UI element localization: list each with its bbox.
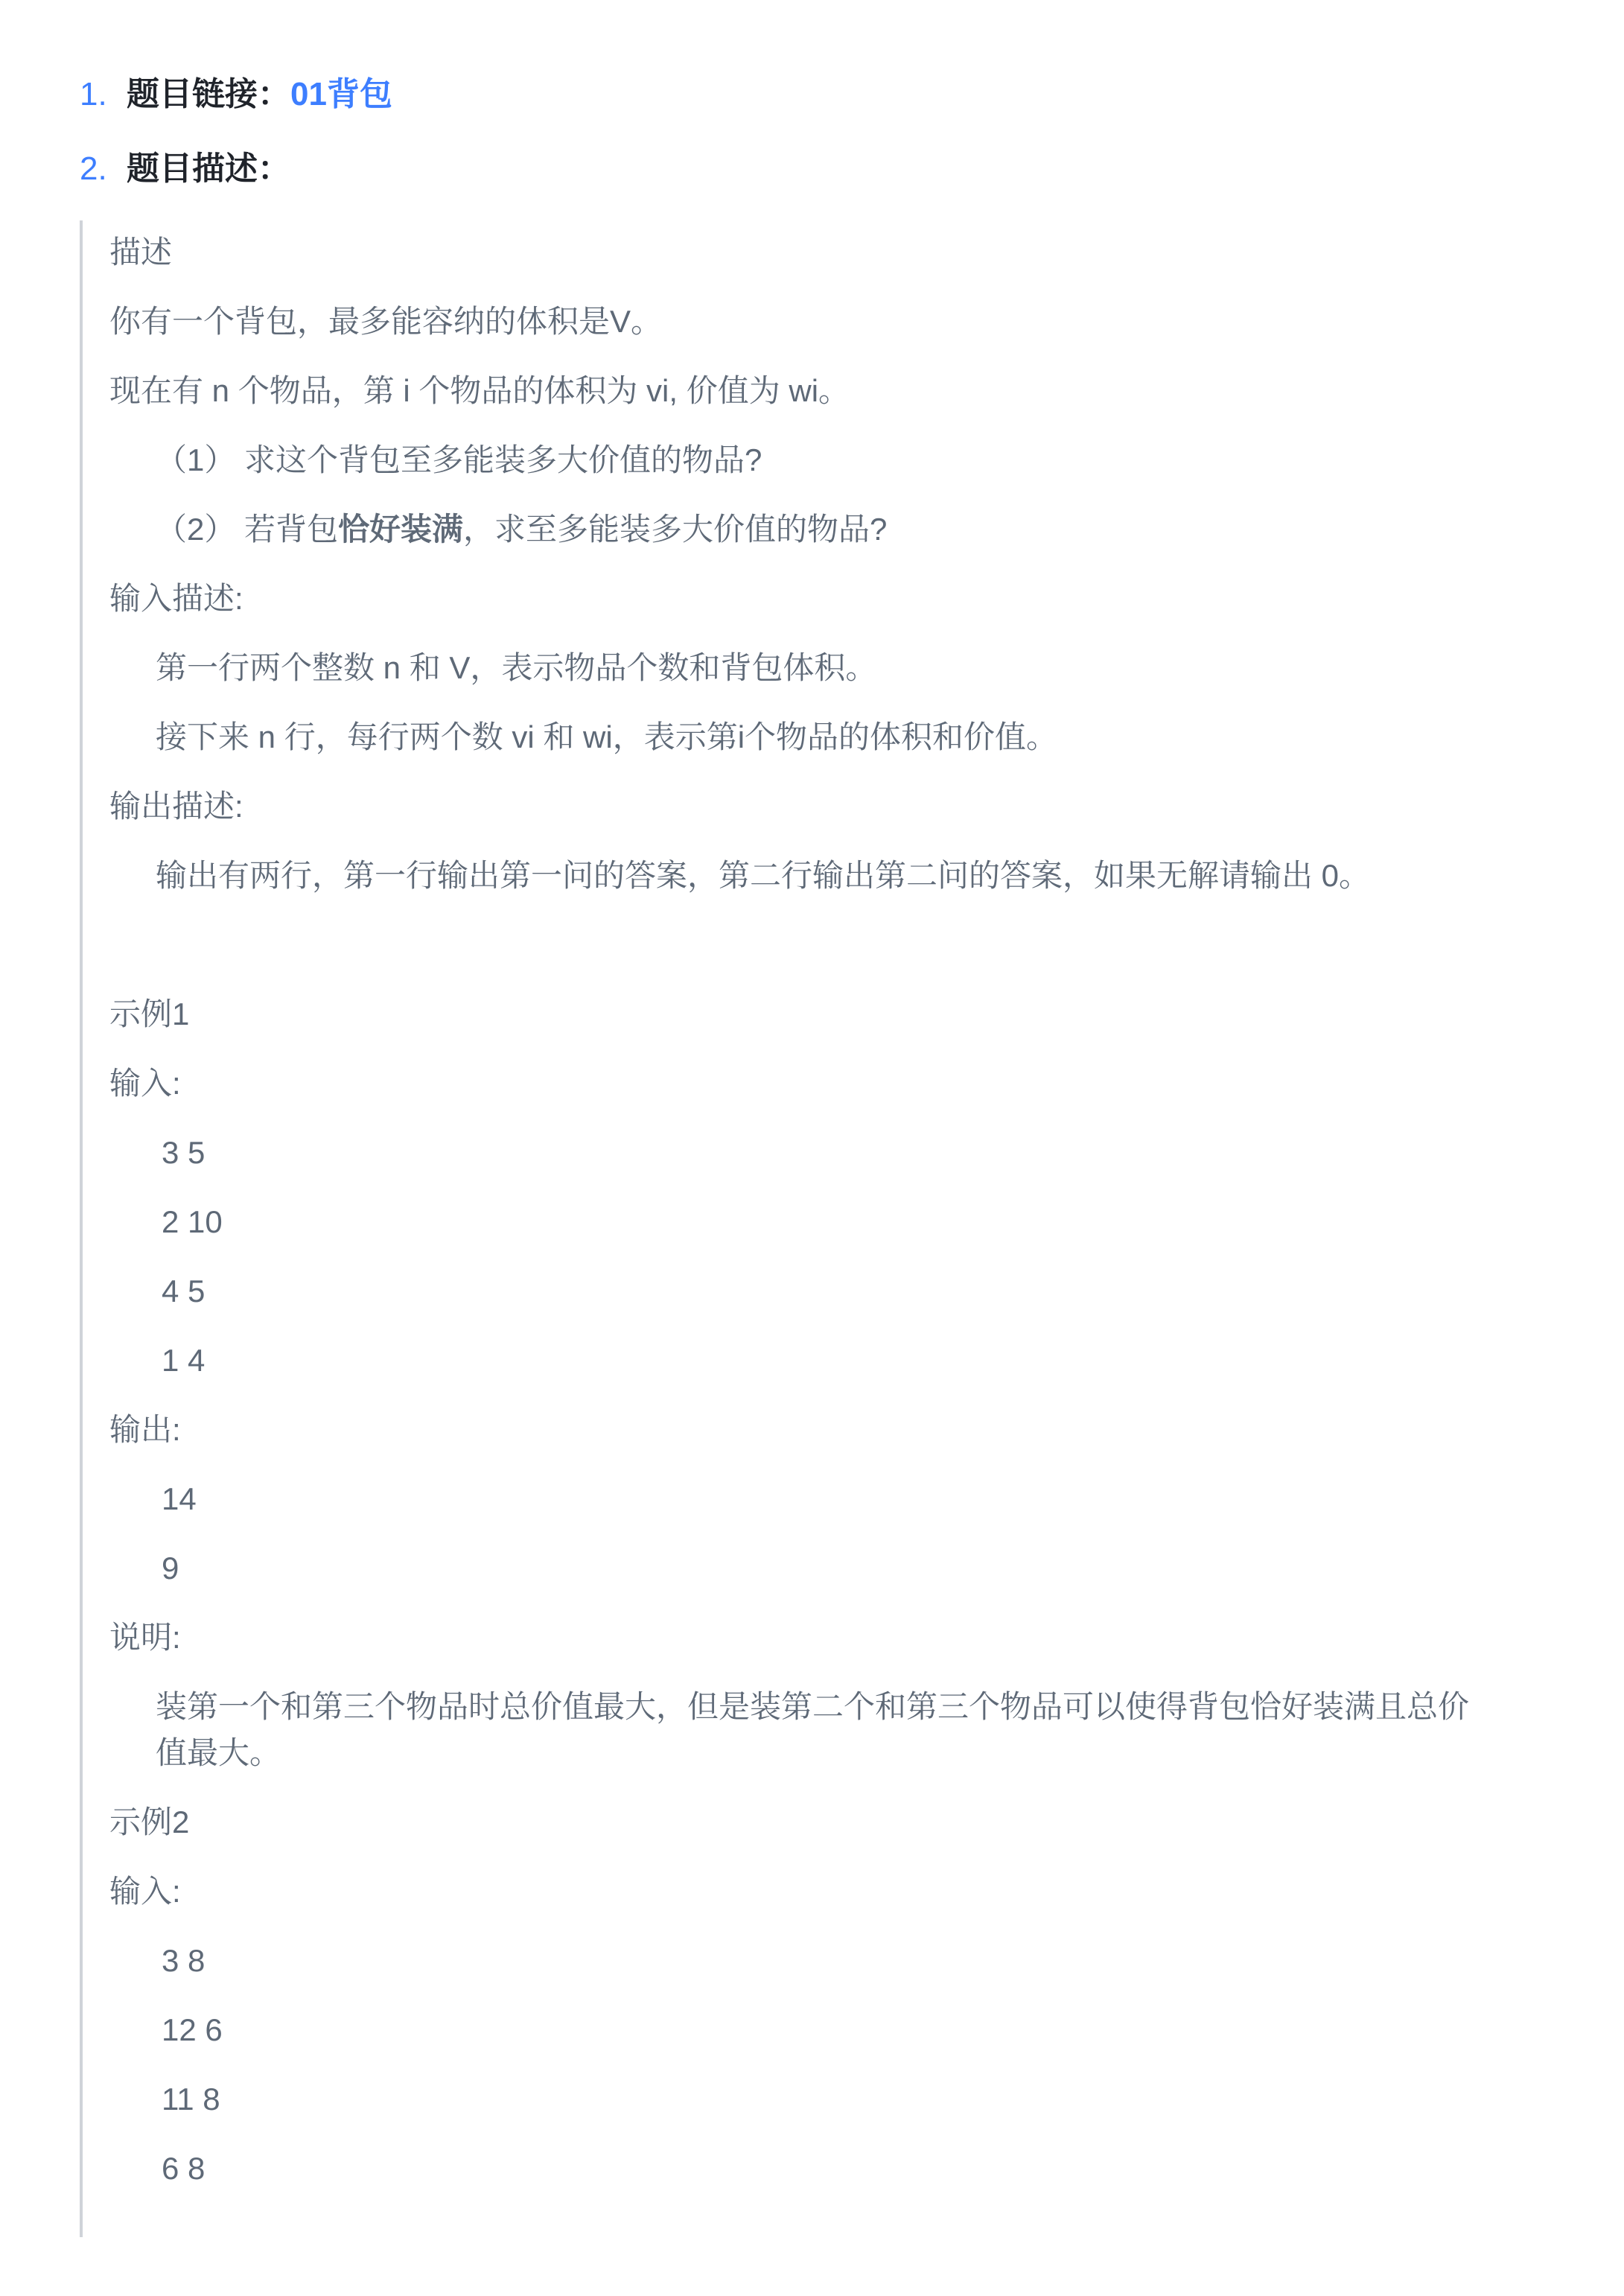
heading-problem-description: 2.题目描述： xyxy=(80,146,1538,192)
example2-input-line: 3 8 xyxy=(109,1938,1509,1984)
question-2-prefix: （2） 若背包 xyxy=(156,512,338,547)
example2-title: 示例2 xyxy=(109,1799,1509,1845)
example1-output-line: 14 xyxy=(109,1476,1509,1522)
example1-note-label: 说明: xyxy=(109,1615,1509,1661)
question-2-bold: 恰好装满 xyxy=(338,512,463,547)
input-description-line: 第一行两个整数 n 和 V，表示物品个数和背包体积。 xyxy=(109,645,1509,691)
statement-paragraph: 现在有 n 个物品，第 i 个物品的体积为 vi, 价值为 wi。 xyxy=(109,368,1509,414)
example1-input-line: 2 10 xyxy=(109,1199,1509,1245)
example1-output-label: 输出: xyxy=(109,1407,1509,1453)
example1-title: 示例1 xyxy=(109,991,1509,1037)
question-2: （2） 若背包恰好装满，求至多能装多大价值的物品? xyxy=(109,506,1509,553)
problem-link[interactable]: 01背包 xyxy=(290,76,392,112)
output-description-line: 输出有两行，第一行输出第一问的答案，第二行输出第二问的答案，如果无解请输出 0。 xyxy=(109,853,1509,899)
example1-input-line: 3 5 xyxy=(109,1130,1509,1176)
heading-label: 题目链接： xyxy=(127,76,290,112)
output-description-label: 输出描述: xyxy=(109,783,1509,830)
example2-input-line: 12 6 xyxy=(109,2007,1509,2053)
example1-input-line: 1 4 xyxy=(109,1338,1509,1384)
example1-input-line: 4 5 xyxy=(109,1268,1509,1314)
heading-label: 题目描述： xyxy=(127,150,290,187)
problem-statement-quote: 描述 你有一个背包，最多能容纳的体积是V。 现在有 n 个物品，第 i 个物品的… xyxy=(80,220,1538,2237)
blank-line xyxy=(109,922,1509,968)
input-description-line: 接下来 n 行，每行两个数 vi 和 wi，表示第i个物品的体积和价值。 xyxy=(109,714,1509,760)
heading-problem-link: 1.题目链接：01背包 xyxy=(80,71,1538,118)
list-number: 1. xyxy=(80,71,127,118)
input-description-label: 输入描述: xyxy=(109,576,1509,622)
question-1: （1） 求这个背包至多能装多大价值的物品? xyxy=(109,437,1509,483)
list-number: 2. xyxy=(80,146,127,192)
statement-paragraph: 你有一个背包，最多能容纳的体积是V。 xyxy=(109,299,1509,345)
example2-input-label: 输入: xyxy=(109,1869,1509,1915)
example1-output-line: 9 xyxy=(109,1545,1509,1591)
example2-input-line: 11 8 xyxy=(109,2076,1509,2122)
example2-input-line: 6 8 xyxy=(109,2146,1509,2192)
document: 1.题目链接：01背包 2.题目描述： 描述 你有一个背包，最多能容纳的体积是V… xyxy=(0,0,1624,2237)
example1-note-line: 值最大。 xyxy=(156,1735,281,1770)
question-2-suffix: ，求至多能装多大价值的物品? xyxy=(463,512,887,547)
example1-input-label: 输入: xyxy=(109,1060,1509,1107)
section-label-description: 描述 xyxy=(109,229,1509,276)
example1-note: 装第一个和第三个物品时总价值最大，但是装第二个和第三个物品可以使得背包恰好装满且… xyxy=(109,1684,1509,1776)
example1-note-line: 装第一个和第三个物品时总价值最大，但是装第二个和第三个物品可以使得背包恰好装满且… xyxy=(156,1689,1469,1724)
